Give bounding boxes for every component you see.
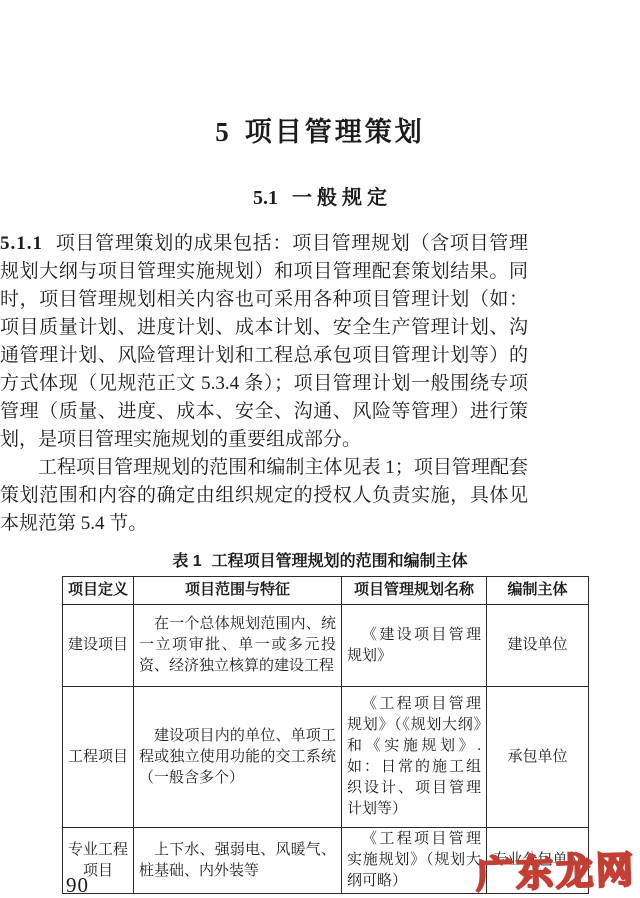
cell-author: 建设单位 [487,605,589,687]
cell-plan-name: 《建设项目管理规划》 [342,605,487,687]
table-caption-title: 工程项目管理规划的范围和编制主体 [212,553,468,570]
watermark: 广东龙网 [475,839,637,898]
clause-text: 项目管理策划的成果包括：项目管理规划（含项目管理规划大纲与项目管理实施规划）和项… [0,233,528,450]
chapter-name: 项目管理策划 [245,117,425,147]
cell-plan-name: 《工程项目管理实施规划》（规划大纲可略） [342,828,487,894]
page-number: 90 [66,873,89,898]
table-caption-number: 表 1 [172,553,201,570]
header-author: 编制主体 [487,577,589,605]
cell-plan-name: 《工程项目管理规划》（《规划大纲》和《实施规划》. 如：日常的施工组织设计、项目… [342,687,487,828]
table-caption: 表 1工程项目管理规划的范围和编制主体 [0,548,640,571]
table-header-row: 项目定义 项目范围与特征 项目管理规划名称 编制主体 [63,577,589,605]
section-heading: 5.1一 般 规 定 [0,149,640,210]
cell-scope: 在一个总体规划范围内、统一立项审批、单一或多元投资、经济独立核算的建设工程 [134,605,342,687]
cell-definition: 建设项目 [63,605,134,687]
cell-author: 承包单位 [487,687,589,828]
section-number: 5.1 [253,187,278,209]
header-plan-name: 项目管理规划名称 [342,577,487,605]
header-definition: 项目定义 [63,577,134,605]
document-page: 5项目管理策划 5.1一 般 规 定 5.1.1项目管理策划的成果包括：项目管理… [0,0,640,898]
second-paragraph: 工程项目管理规划的范围和编制主体见表 1；项目管理配套策划范围和内容的确定由组织… [0,454,528,538]
section-name: 一 般 规 定 [292,187,387,209]
cell-scope: 上下水、强弱电、风暖气、桩基础、内外装等 [134,828,342,894]
header-scope: 项目范围与特征 [134,577,342,605]
clause-paragraph: 5.1.1项目管理策划的成果包括：项目管理规划（含项目管理规划大纲与项目管理实施… [0,210,528,454]
cell-definition: 工程项目 [63,687,134,828]
cell-scope: 建设项目内的单位、单项工程或独立使用功能的交工系统（一般含多个） [134,687,342,828]
table-row: 工程项目 建设项目内的单位、单项工程或独立使用功能的交工系统（一般含多个） 《工… [63,687,589,828]
chapter-number: 5 [215,117,229,147]
chapter-title: 5项目管理策划 [0,0,640,149]
clause-number: 5.1.1 [0,233,43,254]
table-row: 建设项目 在一个总体规划范围内、统一立项审批、单一或多元投资、经济独立核算的建设… [63,605,589,687]
